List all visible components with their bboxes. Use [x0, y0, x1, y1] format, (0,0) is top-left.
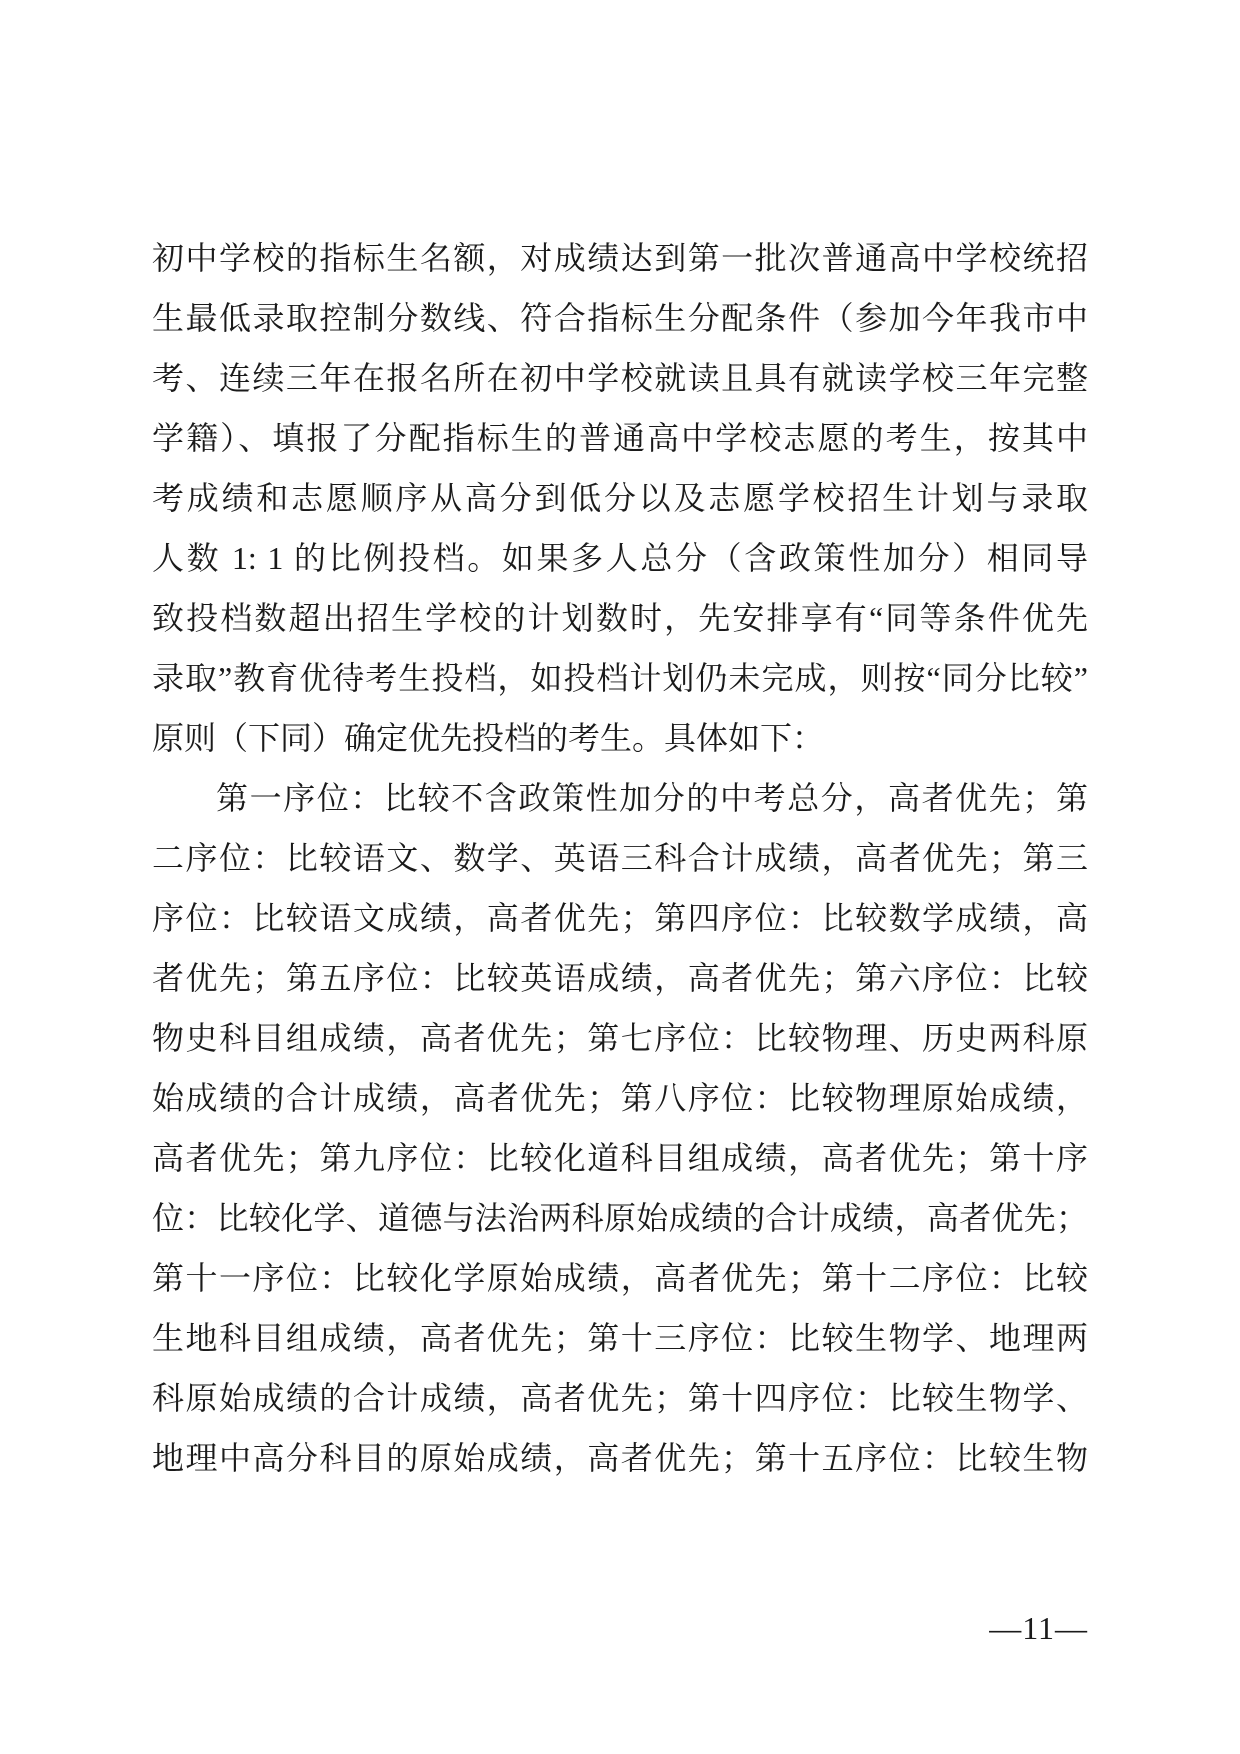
body-line: 录取”教育优待考生投档，如投档计划仍未完成，则按“同分比较” — [152, 648, 1088, 708]
body-line: 高者优先；第九序位：比较化道科目组成绩，高者优先；第十序 — [152, 1128, 1088, 1188]
body-line: 者优先；第五序位：比较英语成绩，高者优先；第六序位：比较 — [152, 948, 1088, 1008]
body-line: 生最低录取控制分数线、符合指标生分配条件（参加今年我市中 — [152, 288, 1088, 348]
body-text: 初中学校的指标生名额，对成绩达到第一批次普通高中学校统招 生最低录取控制分数线、… — [152, 228, 1088, 1488]
body-line: 位：比较化学、道德与法治两科原始成绩的合计成绩，高者优先； — [152, 1188, 1088, 1248]
body-line: 二序位：比较语文、数学、英语三科合计成绩，高者优先；第三 — [152, 828, 1088, 888]
body-line: 始成绩的合计成绩，高者优先；第八序位：比较物理原始成绩， — [152, 1068, 1088, 1128]
body-line: 第十一序位：比较化学原始成绩，高者优先；第十二序位：比较 — [152, 1248, 1088, 1308]
body-line: 第一序位：比较不含政策性加分的中考总分，高者优先；第 — [152, 768, 1088, 828]
body-line: 地理中高分科目的原始成绩，高者优先；第十五序位：比较生物 — [152, 1428, 1088, 1488]
body-line: 科原始成绩的合计成绩，高者优先；第十四序位：比较生物学、 — [152, 1368, 1088, 1428]
page-number: —11— — [989, 1608, 1088, 1648]
body-line: 生地科目组成绩，高者优先；第十三序位：比较生物学、地理两 — [152, 1308, 1088, 1368]
body-line: 学籍）、填报了分配指标生的普通高中学校志愿的考生，按其中 — [152, 408, 1088, 468]
document-page: 初中学校的指标生名额，对成绩达到第一批次普通高中学校统招 生最低录取控制分数线、… — [0, 0, 1240, 1754]
body-line: 考成绩和志愿顺序从高分到低分以及志愿学校招生计划与录取 — [152, 468, 1088, 528]
body-line: 物史科目组成绩，高者优先；第七序位：比较物理、历史两科原 — [152, 1008, 1088, 1068]
body-line: 初中学校的指标生名额，对成绩达到第一批次普通高中学校统招 — [152, 228, 1088, 288]
body-line: 序位：比较语文成绩，高者优先；第四序位：比较数学成绩，高 — [152, 888, 1088, 948]
body-line: 致投档数超出招生学校的计划数时，先安排享有“同等条件优先 — [152, 588, 1088, 648]
body-line: 原则（下同）确定优先投档的考生。具体如下： — [152, 708, 1088, 768]
body-line: 考、连续三年在报名所在初中学校就读且具有就读学校三年完整 — [152, 348, 1088, 408]
body-line: 人数 1: 1 的比例投档。如果多人总分（含政策性加分）相同导 — [152, 528, 1088, 588]
